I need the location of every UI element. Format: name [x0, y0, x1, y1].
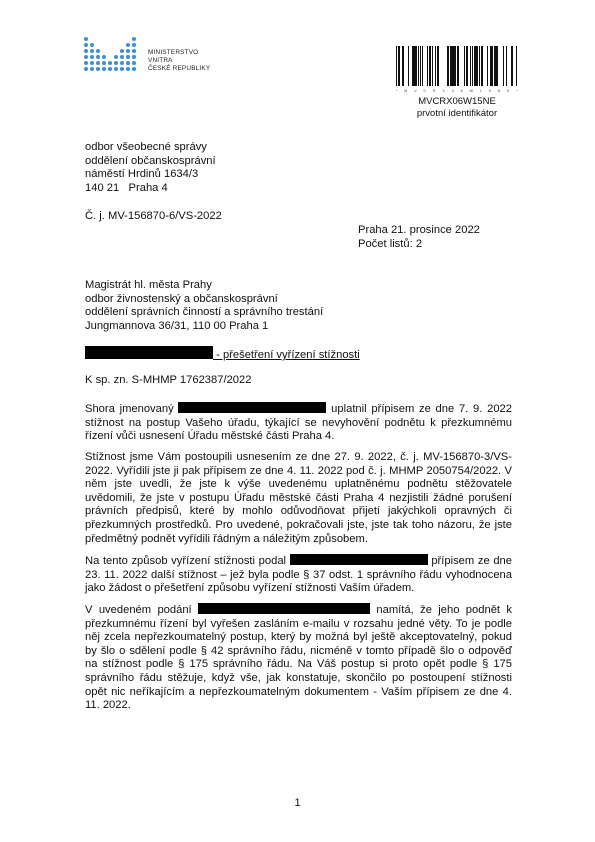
body-paragraph-2: Stížnost jsme Vám postoupili usnesením z… — [85, 451, 512, 546]
primary-identifier-label: prvotní identifikátor — [396, 108, 518, 120]
subject-text: - přešetření vyřízení stížnosti — [213, 349, 360, 361]
place-date: Praha 21. prosince 2022 — [358, 224, 480, 238]
barcode-char: N — [498, 89, 501, 93]
paragraph-text: Na tento způsob vyřízení stížnosti podal — [85, 555, 290, 567]
paragraph-text: namítá, že jeho podnět k přezkumnému říz… — [85, 604, 512, 711]
barcode-char: * — [396, 89, 397, 93]
sheet-count: Počet listů: 2 — [358, 238, 480, 252]
barcode-char: 6 — [461, 89, 463, 93]
ministry-dot-matrix-icon — [84, 34, 140, 76]
barcode-char: R — [433, 89, 436, 93]
body-paragraph-4: V uvedeném podání namítá, že jeho podnět… — [85, 603, 512, 713]
recipient-address: Magistrát hl. města Prahy odbor živnoste… — [85, 279, 323, 333]
barcode-char: 5 — [489, 89, 491, 93]
redaction-bar — [85, 346, 213, 359]
sender-line: odbor všeobecné správy — [85, 141, 216, 155]
paragraph-text: V uvedeném podání — [85, 604, 198, 616]
ministry-logo: MINISTERSTVO VNITRA ČESKÉ REPUBLIKY — [84, 34, 224, 76]
barcode-char: 0 — [452, 89, 454, 93]
barcode-char: * — [516, 89, 517, 93]
barcode-char: M — [404, 89, 407, 93]
sender-line: oddělení občanskosprávní — [85, 155, 216, 169]
body-paragraph-1: Shora jmenovaný uplatnil přípisem ze dne… — [85, 402, 512, 444]
recipient-line: oddělení správních činností a správního … — [85, 306, 323, 320]
sender-address: odbor všeobecné správy oddělení občansko… — [85, 141, 216, 195]
barcode-char: C — [424, 89, 427, 93]
page-number: 1 — [0, 797, 595, 809]
barcode-icon — [396, 46, 518, 86]
barcode-char: X — [442, 89, 444, 93]
recipient-line: Magistrát hl. města Prahy — [85, 279, 323, 293]
sender-line: náměstí Hrdinů 1634/3 — [85, 168, 216, 182]
ministry-name-line1: MINISTERSTVO VNITRA — [148, 49, 224, 65]
paragraph-text: Shora jmenovaný — [85, 403, 178, 415]
ministry-name-line2: ČESKÉ REPUBLIKY — [148, 65, 224, 73]
redaction-bar — [198, 603, 370, 614]
barcode-char: V — [414, 89, 416, 93]
barcode-human-readable: *MVCRX06W15NE* — [396, 89, 518, 93]
file-reference: K sp. zn. S-MHMP 1762387/2022 — [85, 374, 251, 388]
barcode-label: MVCRX06W15NE prvotní identifikátor — [396, 96, 518, 120]
primary-identifier-value: MVCRX06W15NE — [396, 96, 518, 108]
barcode-char: E — [507, 89, 509, 93]
redaction-bar — [178, 402, 326, 413]
document-meta: Praha 21. prosince 2022 Počet listů: 2 — [358, 224, 480, 251]
reference-number: Č. j. MV-156870-6/VS-2022 — [85, 210, 222, 224]
sender-line: 140 21 Praha 4 — [85, 182, 216, 196]
recipient-line: odbor živnostenský a občanskosprávní — [85, 293, 323, 307]
ministry-name: MINISTERSTVO VNITRA ČESKÉ REPUBLIKY — [148, 49, 224, 73]
recipient-line: Jungmannova 36/31, 110 00 Praha 1 — [85, 320, 323, 334]
barcode-char: 1 — [480, 89, 482, 93]
subject-line: - přešetření vyřízení stížnosti — [85, 346, 360, 362]
redaction-bar — [290, 554, 428, 565]
body-paragraph-3: Na tento způsob vyřízení stížnosti podal… — [85, 554, 512, 596]
barcode-char: W — [470, 89, 473, 93]
